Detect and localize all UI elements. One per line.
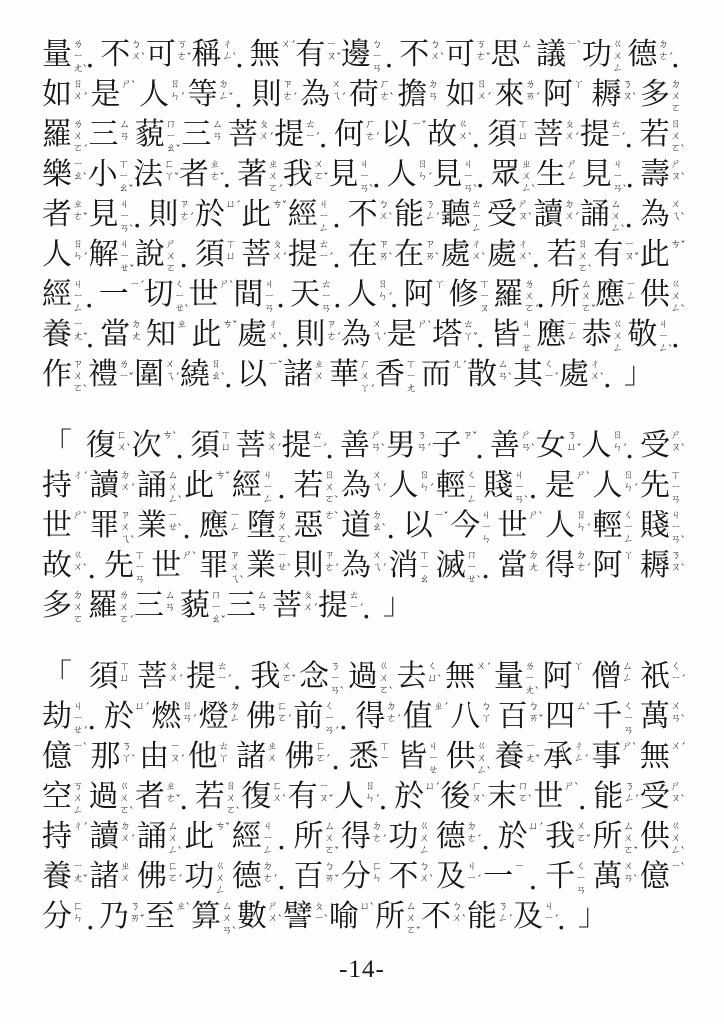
char-unit: 邊ㄅㄧㄢ bbox=[341, 36, 383, 75]
hanzi-character: 三 bbox=[134, 587, 164, 626]
char-unit: 譬ㄆㄧˋ bbox=[283, 898, 325, 937]
zhuyin-letter: ㄧ bbox=[72, 712, 84, 724]
zhuyin-letter: ㄍ bbox=[418, 820, 430, 832]
period-mark: ． bbox=[277, 818, 288, 858]
zhuyin-letter: ㄨ bbox=[225, 792, 237, 804]
zhuyin-annotation: ㄊㄧˊ bbox=[348, 587, 360, 625]
zhuyin-letter: ㄨ bbox=[313, 370, 325, 382]
char-unit: 阿ㄚ bbox=[592, 547, 634, 586]
tone-mark: ˇ bbox=[219, 173, 225, 183]
tone-mark: ˋ bbox=[83, 564, 89, 574]
zhuyin-letter: ㄍ bbox=[118, 780, 130, 792]
tone-mark: ˋ bbox=[508, 373, 514, 383]
zhuyin-letter: ㄗ bbox=[324, 549, 336, 561]
zhuyin-letter: ㄐ bbox=[263, 278, 275, 290]
zhuyin-annotation: ㄋㄡˋ bbox=[621, 76, 633, 114]
tone-mark: ˊ bbox=[668, 53, 674, 63]
zhuyin-letter: ㄌ bbox=[118, 589, 130, 601]
zhuyin-letter: ㄣ bbox=[72, 912, 84, 924]
zhuyin-letter: ㄉ bbox=[262, 860, 274, 872]
text-line: 養ㄧㄤˇ諸ㄓㄨ佛ㄈㄛˊ功ㄍㄨㄥ德ㄉㄜˊ．百ㄅㄞˇ分ㄈㄣ不ㄅㄨˋ及ㄐㄧˊ一ㄧ．千ㄑ… bbox=[42, 858, 682, 898]
zhuyin-letter: ㄙ bbox=[211, 118, 223, 130]
char-unit: 佛ㄈㄛˊ bbox=[285, 738, 327, 777]
zhuyin-annotation: ㄘˇ bbox=[670, 236, 682, 274]
zhuyin-annotation: ㄐㄧㄢˋ bbox=[513, 467, 525, 505]
zhuyin-letter: ㄔ bbox=[471, 238, 483, 250]
char-unit: 藐ㄇㄧㄠˇ bbox=[180, 587, 222, 626]
zhuyin-letter: ㄥ bbox=[72, 302, 84, 314]
char-unit: 及ㄐㄧˊ bbox=[513, 898, 555, 937]
hanzi-character: 養 bbox=[494, 738, 524, 777]
hanzi-character: 散 bbox=[467, 356, 497, 395]
char-unit: 何ㄏㄜˊ bbox=[334, 116, 376, 155]
tone-mark: ˊ bbox=[620, 133, 626, 143]
char-unit: 者ㄓㄜˇ bbox=[179, 156, 221, 195]
hanzi-character: 世 bbox=[42, 507, 72, 546]
hanzi-character: 菩 bbox=[533, 116, 563, 155]
tone-mark: ˋ bbox=[287, 564, 293, 574]
zhuyin-letter: ㄉ bbox=[218, 78, 230, 90]
tone-mark: ˊ bbox=[83, 93, 89, 103]
zhuyin-letter: ㄉ bbox=[229, 700, 241, 712]
hanzi-character: 我 bbox=[283, 156, 313, 195]
hanzi-character: 阿 bbox=[543, 76, 573, 115]
char-unit: 經ㄐㄧㄥ bbox=[42, 276, 84, 315]
tone-mark: ˊ bbox=[359, 604, 365, 614]
zhuyin-letter: ㄨ bbox=[612, 50, 624, 62]
zhuyin-annotation: ㄗㄞˋ bbox=[378, 236, 390, 274]
tone-mark: ˊ bbox=[574, 133, 580, 143]
char-unit: 讀ㄉㄨˊ bbox=[89, 467, 131, 506]
char-unit: 讀ㄉㄨˊ bbox=[533, 196, 575, 235]
tone-mark: ˋ bbox=[186, 903, 192, 913]
char-unit: 喻ㄩˋ bbox=[329, 898, 371, 937]
zhuyin-letter: ㄊ bbox=[610, 118, 622, 130]
zhuyin-annotation: ㄑㄧㄢ bbox=[575, 858, 587, 896]
char-unit: 僧ㄙㄥ bbox=[591, 658, 633, 697]
zhuyin-letter: ㄖ bbox=[622, 469, 634, 481]
tone-mark: ˋ bbox=[681, 444, 687, 454]
zhuyin-letter: ㄥ bbox=[566, 170, 578, 182]
zhuyin-letter: ㄩ bbox=[220, 441, 232, 453]
hanzi-character: 誦 bbox=[580, 196, 610, 235]
char-unit: 誦ㄙㄨㄥˋ bbox=[580, 196, 622, 235]
text-line: 樂ㄧㄠˋ小ㄒㄧㄠˇ法ㄈㄚˇ者ㄓㄜˇ．著ㄓㄨㄛˊ我ㄨㄛˇ見ㄐㄧㄢˋ．人ㄖㄣˊ見ㄐㄧ… bbox=[42, 156, 682, 196]
char-unit: 多ㄉㄨㄛ bbox=[640, 76, 682, 115]
zhuyin-letter: ㄨ bbox=[622, 860, 634, 872]
tone-mark: ˊ bbox=[534, 305, 540, 315]
char-unit: 菩ㄆㄨˊ bbox=[228, 116, 270, 155]
zhuyin-letter: ㄧ bbox=[134, 561, 146, 573]
zhuyin-letter: ㄊ bbox=[216, 660, 228, 672]
hanzi-character: 有 bbox=[295, 36, 325, 75]
hanzi-character: 世 bbox=[189, 276, 219, 315]
zhuyin-annotation: ㄩˊ bbox=[225, 196, 237, 234]
tone-mark: ˋ bbox=[324, 915, 330, 925]
hanzi-character: 喻 bbox=[329, 898, 359, 937]
zhuyin-letter: ㄢ bbox=[371, 62, 383, 74]
zhuyin-annotation: ㄓㄜˇ bbox=[72, 196, 84, 234]
zhuyin-letter: ㄅ bbox=[480, 700, 492, 712]
hanzi-character: 去 bbox=[397, 658, 427, 697]
hanzi-character: 所 bbox=[294, 818, 324, 857]
zhuyin-letter: ㄉ bbox=[385, 700, 397, 712]
hanzi-character: 何 bbox=[334, 116, 364, 155]
zhuyin-letter: ㄤ bbox=[528, 561, 540, 573]
char-unit: 在ㄗㄞˋ bbox=[394, 236, 436, 275]
zhuyin-letter: ㄨ bbox=[221, 912, 233, 924]
zhuyin-annotation: ㄐㄧㄥ bbox=[262, 818, 274, 856]
zhuyin-letter: ㄋ bbox=[329, 660, 341, 672]
char-unit: 眾ㄓㄨㄥˋ bbox=[491, 156, 533, 195]
zhuyin-letter: ㄨ bbox=[165, 250, 177, 262]
char-unit: 空ㄎㄨㄥ bbox=[42, 778, 84, 817]
zhuyin-letter: ㄉ bbox=[72, 589, 84, 601]
zhuyin-letter: ㄚ bbox=[573, 660, 585, 672]
zhuyin-letter: ㄨ bbox=[670, 130, 682, 142]
hanzi-character: 養 bbox=[42, 316, 72, 355]
tone-mark: ˇ bbox=[538, 715, 544, 725]
char-unit: 散ㄙㄢˋ bbox=[467, 356, 509, 395]
zhuyin-annotation: ㄕˋ bbox=[72, 507, 84, 545]
tone-mark: ˋ bbox=[440, 53, 446, 63]
period-mark: ． bbox=[234, 76, 245, 116]
tone-mark: ˊ bbox=[130, 835, 136, 845]
hanzi-character: 所 bbox=[592, 818, 622, 857]
char-unit: 受ㄕㄡˋ bbox=[640, 778, 682, 817]
zhuyin-annotation: ㄩˋ bbox=[359, 898, 371, 936]
hanzi-character: 皆 bbox=[491, 316, 521, 355]
char-unit: 此ㄘˇ bbox=[192, 316, 234, 355]
zhuyin-annotation: ㄙㄢ bbox=[256, 587, 268, 625]
zhuyin-letter: ㄏ bbox=[364, 118, 376, 130]
hanzi-character: 三 bbox=[88, 116, 118, 155]
char-unit: 壽ㄕㄡˋ bbox=[640, 156, 682, 195]
hanzi-character: 若 bbox=[547, 236, 577, 275]
zhuyin-letter: ㄨ bbox=[371, 469, 383, 481]
zhuyin-annotation: ㄕˋ bbox=[575, 467, 587, 505]
tone-mark: ˊ bbox=[177, 875, 183, 885]
zhuyin-annotation: ㄅㄞˇ bbox=[324, 858, 336, 896]
zhuyin-annotation: ㄖㄣˊ bbox=[364, 778, 376, 816]
char-unit: 能ㄋㄥˊ bbox=[394, 196, 436, 235]
zhuyin-annotation: ㄊㄧˊ bbox=[318, 236, 330, 274]
zhuyin-letter: ㄉ bbox=[119, 469, 131, 481]
tone-mark: ˋ bbox=[232, 927, 238, 937]
char-unit: 於ㄩˊ bbox=[104, 698, 146, 737]
char-unit: 來ㄌㄞˊ bbox=[494, 76, 536, 115]
zhuyin-letter: ㄓ bbox=[521, 158, 533, 170]
zhuyin-annotation: ㄧㄤˇ bbox=[72, 316, 84, 354]
tone-mark: ˋ bbox=[680, 564, 686, 574]
zhuyin-annotation: ㄔㄥˋ bbox=[222, 36, 234, 74]
hanzi-character: 應 bbox=[536, 316, 566, 355]
char-unit: 解ㄐㄧㄝˇ bbox=[88, 236, 130, 275]
tone-mark: ˇ bbox=[473, 333, 479, 343]
char-unit: 無ㄨˊ bbox=[445, 658, 487, 697]
zhuyin-annotation: ㄒㄧㄠ bbox=[418, 547, 430, 585]
zhuyin-letter: ㄔ bbox=[589, 358, 601, 370]
char-unit: 百ㄅㄞˇ bbox=[498, 698, 540, 737]
hanzi-character: 以 bbox=[403, 507, 433, 546]
hanzi-character: 得 bbox=[545, 547, 575, 586]
zhuyin-letter: ㄐ bbox=[657, 318, 669, 330]
hanzi-character: 值 bbox=[403, 698, 433, 737]
zhuyin-letter: ㄉ bbox=[371, 820, 383, 832]
char-unit: 而ㄦˊ bbox=[421, 356, 463, 395]
char-unit: 當ㄉㄤ bbox=[100, 316, 142, 355]
zhuyin-letter: ㄨ bbox=[276, 521, 288, 533]
char-unit: 後ㄏㄡˋ bbox=[441, 778, 483, 817]
text-line: 如ㄖㄨˊ是ㄕˋ人ㄖㄣˊ等ㄉㄥˇ．則ㄗㄜˊ為ㄨㄟˊ荷ㄏㄜˋ擔ㄉㄢ如ㄖㄨˊ來ㄌㄞˊ阿… bbox=[42, 76, 682, 116]
period-mark: ． bbox=[332, 196, 343, 236]
char-unit: 復ㄈㄨˋ bbox=[241, 778, 283, 817]
period-mark: ． bbox=[472, 116, 483, 156]
zhuyin-annotation: ㄧㄥ bbox=[625, 276, 637, 314]
char-unit: 羅ㄌㄨㄛˊ bbox=[493, 276, 535, 315]
hanzi-character: 萬 bbox=[592, 858, 622, 897]
tone-mark: ˋ bbox=[574, 783, 580, 793]
char-unit: 道ㄉㄠˋ bbox=[341, 507, 383, 546]
zhuyin-letter: ㄧ bbox=[427, 752, 439, 764]
text-line: 世ㄕˋ罪ㄗㄨㄟˋ業ㄧㄝˋ．應ㄧㄥ墮ㄉㄨㄛˋ惡ㄜˋ道ㄉㄠˋ．以ㄧˇ今ㄐㄧㄣ世ㄕˋ人… bbox=[42, 507, 682, 547]
zhuyin-letter: ㄈ bbox=[315, 740, 327, 752]
hanzi-character: 業 bbox=[246, 547, 276, 586]
hanzi-character: 過 bbox=[88, 778, 118, 817]
tone-mark: ˇ bbox=[278, 361, 284, 371]
zhuyin-letter: ㄧ bbox=[358, 170, 370, 182]
zhuyin-annotation: ㄉㄜˊ bbox=[575, 547, 587, 585]
zhuyin-letter: ㄧ bbox=[72, 318, 84, 330]
char-unit: 阿ㄚ bbox=[404, 276, 446, 315]
hanzi-character: 業 bbox=[137, 507, 167, 546]
zhuyin-letter: ㄧ bbox=[263, 290, 275, 302]
char-unit: 提ㄊㄧˊ bbox=[274, 116, 316, 155]
zhuyin-letter: ㄨ bbox=[313, 158, 325, 170]
zhuyin-annotation: ㄉㄤ bbox=[528, 547, 540, 585]
char-unit: 應ㄧㄥ bbox=[199, 507, 241, 546]
zhuyin-letter: ㄧ bbox=[623, 238, 635, 250]
tone-mark: ˊ bbox=[83, 823, 89, 833]
zhuyin-letter: ㄖ bbox=[169, 78, 181, 90]
zhuyin-annotation: ㄗˇ bbox=[462, 427, 474, 465]
tone-mark: ˊ bbox=[178, 675, 184, 685]
char-unit: 知ㄓ bbox=[146, 316, 188, 355]
hanzi-character: 則 bbox=[294, 547, 324, 586]
zhuyin-annotation: ㄧˇ bbox=[433, 507, 445, 545]
zhuyin-annotation: ㄆㄨˊ bbox=[563, 116, 575, 154]
hanzi-character: 菩 bbox=[241, 236, 271, 275]
tone-mark: ˋ bbox=[370, 903, 376, 913]
char-unit: 乃ㄋㄞˇ bbox=[99, 898, 141, 937]
char-unit: 及ㄐㄧˊ bbox=[436, 858, 478, 897]
char-unit: 受ㄕㄡˋ bbox=[487, 196, 529, 235]
zhuyin-letter: ㄛ bbox=[165, 262, 177, 274]
zhuyin-letter: ㄥ bbox=[612, 62, 624, 74]
zhuyin-annotation: ㄨˊ bbox=[280, 36, 292, 74]
zhuyin-annotation: ㄧㄡˊ bbox=[169, 738, 181, 776]
char-unit: 輕ㄑㄧㄥ bbox=[592, 507, 634, 546]
tone-mark: ˊ bbox=[375, 133, 381, 143]
zhuyin-letter: ㄌ bbox=[72, 118, 84, 130]
text-line: 億ㄧˋ那ㄋㄚˋ由ㄧㄡˊ他ㄊㄚ諸ㄓㄨ佛ㄈㄛˊ．悉ㄒㄧ皆ㄐㄧㄝ供ㄍㄨㄥˋ養ㄧㄤˇ承ㄔ… bbox=[42, 738, 682, 778]
zhuyin-letter: ㄨ bbox=[670, 290, 682, 302]
hanzi-character: 以 bbox=[237, 356, 267, 395]
zhuyin-letter: ㄐ bbox=[466, 860, 478, 872]
hanzi-character: 能 bbox=[467, 898, 497, 937]
zhuyin-letter: ㄩ bbox=[225, 250, 237, 262]
zhuyin-letter: ㄥ bbox=[214, 884, 226, 896]
hanzi-character: 僧 bbox=[591, 658, 621, 697]
zhuyin-letter: ㄅ bbox=[371, 38, 383, 50]
period-mark: ． bbox=[331, 738, 342, 778]
zhuyin-letter: ㄖ bbox=[181, 700, 193, 712]
char-unit: 誦ㄙㄨㄥˋ bbox=[137, 818, 179, 857]
zhuyin-letter: ㄙ bbox=[497, 358, 509, 370]
char-unit: 應ㄧㄥ bbox=[536, 316, 578, 355]
char-unit: 八ㄅㄚ bbox=[450, 698, 492, 737]
hanzi-character: 處 bbox=[441, 236, 471, 275]
hanzi-character: 及 bbox=[436, 858, 466, 897]
zhuyin-annotation: ㄧㄝˋ bbox=[167, 507, 179, 545]
char-unit: 聽ㄊㄧㄥ bbox=[441, 196, 483, 235]
char-unit: 讀ㄉㄨˊ bbox=[89, 818, 131, 857]
hanzi-character: 見 bbox=[88, 196, 118, 235]
char-unit: 人ㄖㄣˊ bbox=[592, 467, 634, 506]
zhuyin-annotation: ㄍㄨˋ bbox=[457, 116, 469, 154]
zhuyin-annotation: ㄐㄧㄝˇ bbox=[118, 236, 130, 274]
tone-mark: ˇ bbox=[83, 333, 89, 343]
zhuyin-annotation: ㄗㄜˊ bbox=[324, 547, 336, 585]
zhuyin-annotation: ㄒㄧㄢ bbox=[134, 547, 146, 585]
period-mark: ． bbox=[333, 276, 344, 316]
zhuyin-annotation: ㄧˊ bbox=[129, 276, 141, 314]
zhuyin-letter: ㄒ bbox=[220, 429, 232, 441]
zhuyin-annotation: ㄐㄧㄥ bbox=[72, 276, 84, 314]
hanzi-character: 空 bbox=[42, 778, 72, 817]
char-unit: 持ㄔˊ bbox=[42, 818, 84, 857]
zhuyin-annotation: ㄕㄢˋ bbox=[520, 427, 532, 465]
hanzi-character: 稱 bbox=[192, 36, 222, 75]
char-unit: 悉ㄒㄧ bbox=[349, 738, 391, 777]
hanzi-character: 億 bbox=[640, 858, 670, 897]
zhuyin-letter: ㄋ bbox=[121, 740, 133, 752]
hanzi-character: 是 bbox=[545, 467, 575, 506]
zhuyin-annotation: ㄙㄨㄢˋ bbox=[221, 898, 233, 936]
hanzi-character: 人 bbox=[387, 156, 417, 195]
zhuyin-letter: ㄧ bbox=[276, 549, 288, 561]
zhuyin-annotation: ㄉㄨㄛ bbox=[670, 76, 682, 114]
char-unit: 養ㄧㄤˇ bbox=[42, 858, 84, 897]
zhuyin-letter: ㄊ bbox=[471, 198, 483, 210]
zhuyin-annotation: ㄅㄨˋ bbox=[418, 858, 430, 896]
zhuyin-letter: ㄐ bbox=[480, 509, 492, 521]
hanzi-character: 來 bbox=[494, 76, 524, 115]
zhuyin-annotation: ㄖㄨˊ bbox=[72, 76, 84, 114]
zhuyin-annotation: ㄉㄨㄛ bbox=[72, 587, 84, 625]
zhuyin-letter: ㄨ bbox=[267, 170, 279, 182]
zhuyin-annotation: ㄍㄨㄥ bbox=[418, 818, 430, 856]
zhuyin-letter: ㄋ bbox=[670, 549, 682, 561]
zhuyin-letter: ㄢ bbox=[164, 601, 176, 613]
zhuyin-annotation: ㄆㄨˊ bbox=[258, 116, 270, 154]
hanzi-character: 如 bbox=[446, 76, 476, 115]
tone-mark: ˋ bbox=[229, 281, 235, 291]
char-unit: 可ㄎㄜˇ bbox=[445, 36, 487, 75]
period-mark: ． bbox=[319, 116, 330, 156]
zhuyin-annotation: ㄉㄜˊ bbox=[657, 36, 669, 74]
zhuyin-annotation: ㄖㄢˊ bbox=[181, 698, 193, 736]
zhuyin-annotation: ㄕˋ bbox=[219, 276, 231, 314]
zhuyin-letter: ㄍ bbox=[72, 549, 84, 561]
zhuyin-annotation: ㄧㄡˇ bbox=[623, 236, 635, 274]
tone-mark: ˋ bbox=[620, 225, 626, 235]
zhuyin-letter: ㄧ bbox=[462, 170, 474, 182]
hanzi-character: 分 bbox=[341, 858, 371, 897]
zhuyin-letter: ㄨ bbox=[622, 832, 634, 844]
zhuyin-annotation: ㄘˇ bbox=[222, 316, 234, 354]
text-line: 「復ㄈㄨˋ次ㄘˋ．須ㄒㄩ菩ㄆㄨˊ提ㄊㄧˊ．善ㄕㄢˋ男ㄋㄢˊ子ㄗˇ．善ㄕㄢˋ女ㄋㄩ… bbox=[42, 427, 682, 467]
char-unit: 則ㄗㄜˊ bbox=[252, 76, 294, 115]
char-unit: 一ㄧ bbox=[483, 858, 525, 897]
hanzi-character: 善 bbox=[490, 427, 520, 466]
zhuyin-annotation: ㄅㄚ bbox=[480, 698, 492, 736]
hanzi-character: 三 bbox=[181, 116, 211, 155]
tone-mark: ˋ bbox=[468, 133, 474, 143]
quote-close-bracket: 」 bbox=[383, 587, 413, 623]
hanzi-character: 末 bbox=[487, 778, 517, 817]
char-unit: 滅ㄇㄧㄝˋ bbox=[436, 547, 478, 586]
hanzi-character: 皆 bbox=[397, 738, 427, 777]
tone-mark: ˊ bbox=[370, 385, 376, 395]
hanzi-character: 譬 bbox=[283, 898, 313, 937]
hanzi-character: 誦 bbox=[137, 818, 167, 857]
zhuyin-letter: ㄧ bbox=[670, 521, 682, 533]
hanzi-character: 惡 bbox=[294, 507, 324, 546]
zhuyin-letter: ㄅ bbox=[418, 860, 430, 872]
char-unit: 菩ㄆㄨˊ bbox=[241, 236, 283, 275]
zhuyin-letter: ㄒ bbox=[134, 549, 146, 561]
zhuyin-annotation: ㄕㄡˋ bbox=[670, 427, 682, 465]
hanzi-character: 燈 bbox=[199, 698, 229, 737]
tone-mark: ˋ bbox=[83, 173, 89, 183]
paragraph: 「復ㄈㄨˋ次ㄘˋ．須ㄒㄩ菩ㄆㄨˊ提ㄊㄧˊ．善ㄕㄢˋ男ㄋㄢˊ子ㄗˇ．善ㄕㄢˋ女ㄋㄩ… bbox=[42, 427, 682, 627]
period-mark: ． bbox=[233, 658, 244, 698]
zhuyin-letter: ㄡ bbox=[479, 302, 491, 314]
tone-mark: ˋ bbox=[131, 81, 137, 91]
zhuyin-letter: ㄧ bbox=[262, 481, 274, 493]
zhuyin-annotation: ㄨㄟˊ bbox=[164, 356, 176, 394]
char-unit: 萬ㄨㄢˋ bbox=[640, 698, 682, 737]
zhuyin-letter: ㄇ bbox=[210, 589, 222, 601]
hanzi-character: 說 bbox=[135, 236, 165, 275]
zhuyin-annotation: ㄖㄣˊ bbox=[72, 236, 84, 274]
tone-mark: ˊ bbox=[325, 755, 331, 765]
hanzi-character: 以 bbox=[381, 116, 411, 155]
char-unit: 所ㄙㄨㄛˇ bbox=[375, 898, 417, 937]
hanzi-character: 算 bbox=[191, 898, 221, 937]
zhuyin-annotation: ㄧㄝˋ bbox=[276, 547, 288, 585]
zhuyin-letter: ㄙ bbox=[521, 38, 533, 50]
hanzi-character: 由 bbox=[139, 738, 169, 777]
zhuyin-annotation: ㄒㄩ bbox=[517, 116, 529, 154]
tone-mark: ˊ bbox=[129, 616, 135, 626]
tone-mark: ˋ bbox=[527, 253, 533, 263]
zhuyin-letter: ㄥ bbox=[318, 222, 330, 234]
hanzi-character: 人 bbox=[592, 467, 622, 506]
page-number: -14- bbox=[0, 956, 724, 984]
char-unit: 先ㄒㄧㄢ bbox=[640, 467, 682, 506]
